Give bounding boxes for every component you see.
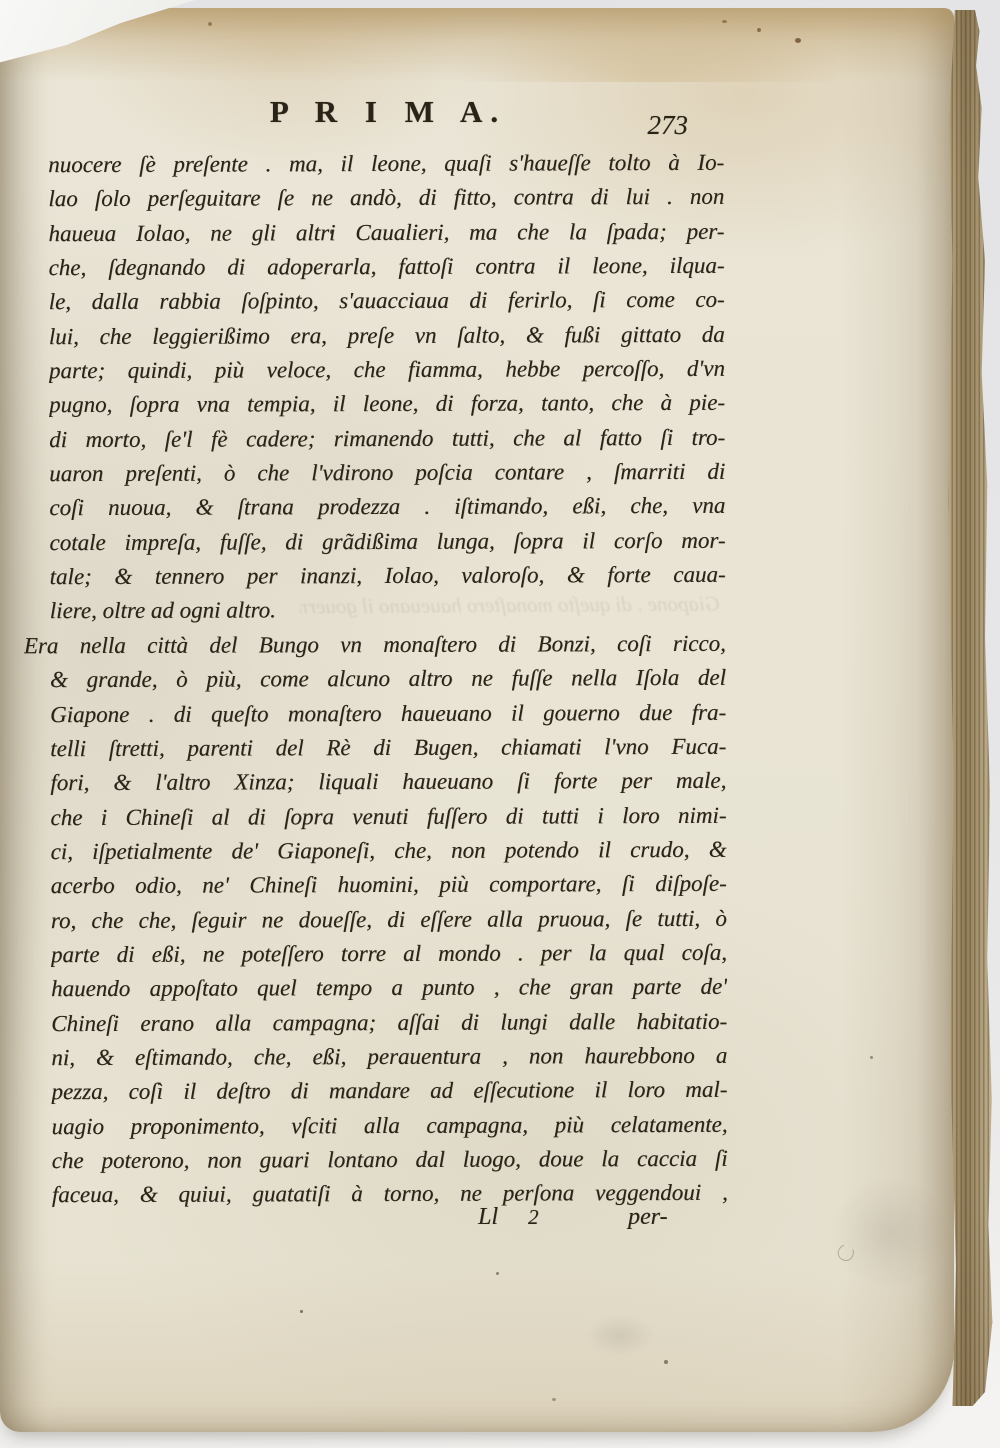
- text-line: acerbo odio, ne' Chineſi huomini, più co…: [51, 867, 727, 904]
- signature-letters: Ll: [478, 1204, 498, 1230]
- text-line: parte di eßi, ne poteſſero torre al mond…: [51, 936, 727, 973]
- text-line: telli ſtretti, parenti del Rè di Bugen, …: [50, 730, 726, 767]
- page-header: P R I M A. 273: [50, 94, 726, 144]
- text-line: Era nella città del Bungo vn monaſtero d…: [24, 627, 726, 664]
- photo-scene: P R I M A. 273 Giapone . di queſto monaſ…: [0, 0, 1000, 1448]
- stain-speck: [722, 20, 727, 23]
- text-line: di morto, ſe'l fè cadere; rimanendo tutt…: [49, 421, 725, 458]
- text-line: che i Chineſi al di ſopra venuti fuſſero…: [50, 798, 726, 835]
- text-line: coſi nuoua, & ſtrana prodezza . iſtimand…: [49, 489, 725, 526]
- stain-speck: [757, 28, 761, 32]
- stain-speck: [795, 38, 801, 43]
- top-edge-stain: [0, 8, 954, 82]
- ink-speck: [496, 1272, 499, 1275]
- text-line: ni, & eſtimando, che, eßi, perauentura ,…: [51, 1039, 727, 1076]
- signature-mark: Ll2: [478, 1204, 539, 1231]
- page-number: 273: [648, 110, 689, 141]
- text-line: Giapone . di queſto monaſtero haueuano i…: [50, 695, 726, 732]
- text-line: tale; & tennero per inanzi, Iolao, valor…: [50, 558, 726, 595]
- text-line: pezza, coſì il deſtro di mandare ad eſſe…: [51, 1073, 727, 1110]
- stain-speck: [552, 1398, 556, 1401]
- text-line: cotale impreſa, fuſſe, di grãdißima lung…: [49, 524, 725, 561]
- text-block: nuocere ſè preſente . ma, il leone, quaſ…: [48, 146, 728, 1213]
- book-page: P R I M A. 273 Giapone . di queſto monaſ…: [0, 8, 954, 1432]
- footer-line: Ll2 per-: [50, 1204, 726, 1244]
- text-line: parte; quindi, più veloce, che fiamma, h…: [49, 352, 725, 389]
- text-line: liere, oltre ad ogni altro.: [50, 592, 726, 629]
- ink-speck: [300, 1310, 303, 1313]
- running-title: P R I M A.: [50, 94, 726, 130]
- text-line: & grande, ò più, come alcuno altro ne fu…: [50, 661, 726, 698]
- fingerprint-smudge: [830, 1178, 950, 1288]
- catchword: per-: [628, 1204, 668, 1231]
- stain-speck: [870, 1056, 873, 1059]
- text-line: nuocere ſè preſente . ma, il leone, quaſ…: [48, 146, 724, 183]
- text-line: che, ſdegnando di adoperarla, fattoſi co…: [49, 249, 725, 286]
- text-line: le, dalla rabbia ſoſpinto, s'auacciaua d…: [49, 283, 725, 320]
- text-line: ro, che che, ſeguir ne doueſſe, di eſſer…: [51, 901, 727, 938]
- text-line: hauendo appoſtato quel tempo a punto , c…: [51, 970, 727, 1007]
- signature-number: 2: [528, 1205, 539, 1229]
- text-line: ci, iſpetialmente de' Giaponeſi, che, no…: [51, 833, 727, 870]
- stain-speck: [208, 22, 212, 26]
- text-line: che poterono, non guari lontano dal luog…: [52, 1142, 728, 1179]
- text-line: uagio proponimento, vſciti alla campagna…: [52, 1107, 728, 1144]
- text-line: haueua Iolao, ne gli altri Caualieri, ma…: [48, 215, 724, 252]
- paper-smudge: [575, 1308, 665, 1363]
- text-line: pugno, ſopra vna tempia, il leone, di fo…: [49, 386, 725, 423]
- text-line: uaron preſenti, ò che l'vdirono poſcia c…: [49, 455, 725, 492]
- text-line: lui, che leggierißimo era, preſe vn ſalt…: [49, 318, 725, 355]
- text-line: fori, & l'altro Xinza; liquali haueuano …: [50, 764, 726, 801]
- text-line: Chineſi erano alla campagna; aſſai di lu…: [51, 1004, 727, 1041]
- text-line: lao ſolo perſeguitare ſe ne andò, di fit…: [48, 180, 724, 217]
- stain-speck: [664, 1360, 668, 1364]
